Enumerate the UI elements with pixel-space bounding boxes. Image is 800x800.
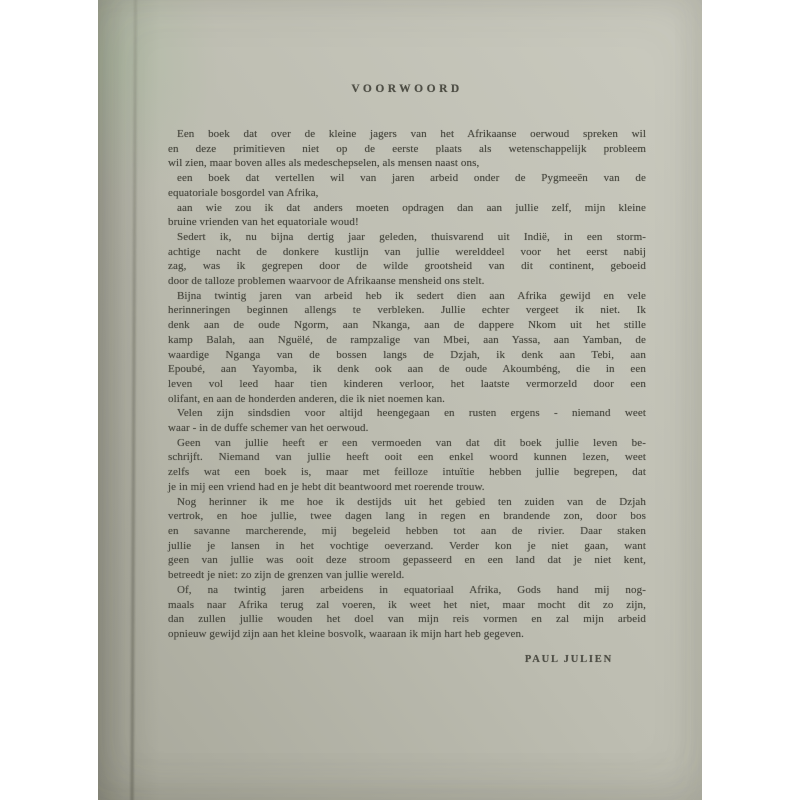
text-line: betreedt je niet: zo zijn de grenzen van… (168, 568, 646, 583)
text-line: zelfs wat een boek is, maar met feilloze… (168, 465, 646, 480)
text-line: maals naar Afrika terug zal voeren, ik w… (168, 598, 646, 613)
text-line: opnieuw gewijd zijn aan het kleine bosvo… (168, 627, 646, 642)
text-line: Een boek dat over de kleine jagers van h… (168, 127, 646, 142)
page-text-block: VOORWOORD Een boek dat over de kleine ja… (168, 0, 646, 800)
paragraph: Sedert ik, nu bijna dertig jaar geleden,… (168, 230, 646, 289)
text-line: en deze primitieven niet op de eerste pl… (168, 142, 646, 157)
text-line: jullie je lansen in het vochtige oeverza… (168, 539, 646, 554)
text-line: een boek dat vertellen wil van jaren arb… (168, 171, 646, 186)
book-page-photo: VOORWOORD Een boek dat over de kleine ja… (98, 0, 702, 800)
text-line: Velen zijn sindsdien voor altijd heengeg… (168, 406, 646, 421)
text-line: herinneringen beginnen allengs te verble… (168, 303, 646, 318)
screenshot-root: VOORWOORD Een boek dat over de kleine ja… (0, 0, 800, 800)
text-line: waardige Nganga van de bossen langs de D… (168, 348, 646, 363)
text-line: Sedert ik, nu bijna dertig jaar geleden,… (168, 230, 646, 245)
text-line: bruine vrienden van het equatoriale woud… (168, 215, 646, 230)
text-line: aan wie zou ik dat anders moeten opdrage… (168, 201, 646, 216)
text-line: Epoubé, aan Yayomba, ik denk ook aan de … (168, 362, 646, 377)
text-line: vertrok, en hoe jullie, twee dagen lang … (168, 509, 646, 524)
text-line: leven vol leed haar tien kinderen verloo… (168, 377, 646, 392)
text-line: kamp Balah, aan Nguëlé, de rampzalige va… (168, 333, 646, 348)
paragraph: aan wie zou ik dat anders moeten opdrage… (168, 201, 646, 230)
page-title: VOORWOORD (168, 83, 646, 95)
paragraph: Velen zijn sindsdien voor altijd heengeg… (168, 406, 646, 435)
paragraph: een boek dat vertellen wil van jaren arb… (168, 171, 646, 200)
text-line: door de talloze problemen waarvoor de Af… (168, 274, 646, 289)
text-line: Nog herinner ik me hoe ik destijds uit h… (168, 495, 646, 510)
text-line: dan zullen jullie wouden het doel van mi… (168, 612, 646, 627)
paragraph: Nog herinner ik me hoe ik destijds uit h… (168, 495, 646, 583)
text-line: je in mij een vriend had en je hebt dit … (168, 480, 646, 495)
text-line: Bijna twintig jaren van arbeid heb ik se… (168, 289, 646, 304)
author-signature: PAUL JULIEN (525, 654, 613, 665)
text-line: waar - in de duffe schemer van het oerwo… (168, 421, 646, 436)
text-line: Of, na twintig jaren arbeidens in equato… (168, 583, 646, 598)
text-line: schrijft. Niemand van jullie heeft ooit … (168, 450, 646, 465)
paragraph: Een boek dat over de kleine jagers van h… (168, 127, 646, 171)
text-line: achtige nacht de donkere kustlijn van ju… (168, 245, 646, 260)
paragraph: Of, na twintig jaren arbeidens in equato… (168, 583, 646, 642)
text-line: olifant, en aan de honderden anderen, di… (168, 392, 646, 407)
text-line: geen van jullie was ooit deze stroom gep… (168, 553, 646, 568)
text-line: Geen van jullie heeft er een vermoeden v… (168, 436, 646, 451)
text-line: wil zien, maar boven alles als medeschep… (168, 156, 646, 171)
text-line: zag, was ik gegrepen door de wilde groot… (168, 259, 646, 274)
text-line: en savanne marcherende, mij begeleid heb… (168, 524, 646, 539)
text-line: denk aan de oude Ngorm, aan Nkanga, aan … (168, 318, 646, 333)
text-line: equatoriale bosgordel van Afrika, (168, 186, 646, 201)
paragraph: Bijna twintig jaren van arbeid heb ik se… (168, 289, 646, 407)
page-crease (130, 0, 137, 800)
foreword-text: Een boek dat over de kleine jagers van h… (168, 127, 646, 642)
paragraph: Geen van jullie heeft er een vermoeden v… (168, 436, 646, 495)
